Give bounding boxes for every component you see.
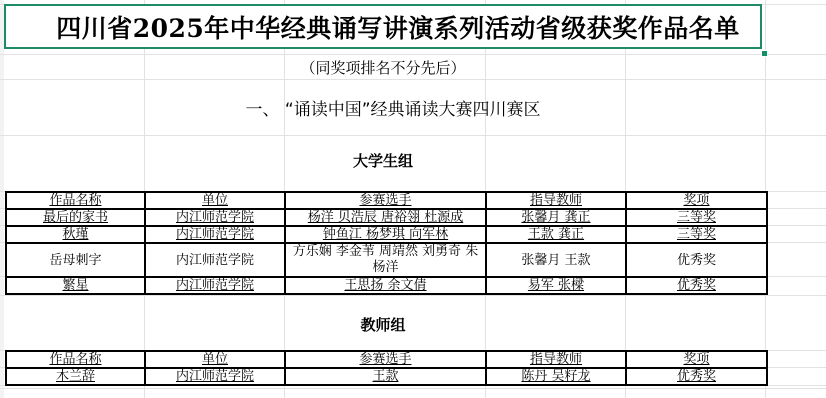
table-row: 繁星 内江师范学院 王思扬 余文倩 易军 张樑 优秀奖 — [6, 277, 767, 294]
cell-work[interactable]: 岳母刺字 — [6, 243, 145, 277]
cell-participants[interactable]: 王款 — [285, 368, 486, 385]
cell-work[interactable]: 秋瑾 — [6, 226, 145, 243]
cell-unit[interactable]: 内江师范学院 — [145, 277, 285, 294]
table-row: 秋瑾 内江师范学院 钟鱼江 杨梦琪 向军林 王款 龚正 三等奖 — [6, 226, 767, 243]
cell-instructors[interactable]: 陈丹 吴籽龙 — [486, 368, 626, 385]
gridline — [0, 388, 826, 389]
gridline — [0, 79, 826, 80]
cell-instructors[interactable]: 张馨月 龚正 — [486, 209, 626, 226]
column-header-unit[interactable]: 单位 — [145, 192, 285, 209]
column-header-unit[interactable]: 单位 — [145, 351, 285, 368]
section-heading: 一、 “诵读中国”经典诵读大赛四川赛区 — [4, 97, 762, 123]
cell-award[interactable]: 优秀奖 — [626, 243, 767, 277]
cell-participants[interactable]: 方乐娴 李金苇 周靖然 刘勇奇 朱杨洋 — [285, 243, 486, 277]
group-heading-university: 大学生组 — [4, 149, 762, 173]
cell-instructors[interactable]: 王款 龚正 — [486, 226, 626, 243]
gridline — [0, 135, 826, 136]
selected-title-cell[interactable]: 四川省2025年中华经典诵写讲演系列活动省级获奖作品名单 — [4, 4, 762, 49]
column-header-work[interactable]: 作品名称 — [6, 351, 145, 368]
document-subtitle: （同奖项排名不分先后） — [4, 57, 762, 79]
cell-instructors[interactable]: 张馨月 王款 — [486, 243, 626, 277]
cell-participants[interactable]: 杨洋 贝浩辰 唐裕翎 杜源成 — [285, 209, 486, 226]
table-row: 岳母刺字 内江师范学院 方乐娴 李金苇 周靖然 刘勇奇 朱杨洋 张馨月 王款 优… — [6, 243, 767, 277]
cell-unit[interactable]: 内江师范学院 — [145, 243, 285, 277]
table-row: 木兰辞 内江师范学院 王款 陈丹 吴籽龙 优秀奖 — [6, 368, 767, 385]
cell-participants[interactable]: 王思扬 余文倩 — [285, 277, 486, 294]
table-header-row: 作品名称 单位 参赛选手 指导教师 奖项 — [6, 351, 767, 368]
cell-unit[interactable]: 内江师范学院 — [145, 226, 285, 243]
table-header-row: 作品名称 单位 参赛选手 指导教师 奖项 — [6, 192, 767, 209]
cell-work[interactable]: 最后的家书 — [6, 209, 145, 226]
column-header-award[interactable]: 奖项 — [626, 351, 767, 368]
cell-award[interactable]: 三等奖 — [626, 209, 767, 226]
cell-unit[interactable]: 内江师范学院 — [145, 209, 285, 226]
document-title: 四川省2025年中华经典诵写讲演系列活动省级获奖作品名单 — [26, 9, 740, 45]
cell-award[interactable]: 优秀奖 — [626, 277, 767, 294]
gridline — [0, 295, 826, 296]
award-table-university: 作品名称 单位 参赛选手 指导教师 奖项 最后的家书 内江师范学院 杨洋 贝浩辰… — [5, 191, 768, 295]
award-table-teacher: 作品名称 单位 参赛选手 指导教师 奖项 木兰辞 内江师范学院 王款 陈丹 吴籽… — [5, 350, 768, 386]
column-header-instructors[interactable]: 指导教师 — [486, 192, 626, 209]
column-header-award[interactable]: 奖项 — [626, 192, 767, 209]
cell-award[interactable]: 三等奖 — [626, 226, 767, 243]
column-header-participants[interactable]: 参赛选手 — [285, 351, 486, 368]
cell-participants[interactable]: 钟鱼江 杨梦琪 向军林 — [285, 226, 486, 243]
column-header-participants[interactable]: 参赛选手 — [285, 192, 486, 209]
gridline — [0, 54, 826, 55]
table-row: 最后的家书 内江师范学院 杨洋 贝浩辰 唐裕翎 杜源成 张馨月 龚正 三等奖 — [6, 209, 767, 226]
column-header-instructors[interactable]: 指导教师 — [486, 351, 626, 368]
cell-unit[interactable]: 内江师范学院 — [145, 368, 285, 385]
column-header-work[interactable]: 作品名称 — [6, 192, 145, 209]
selection-fill-handle[interactable] — [761, 50, 768, 57]
cell-instructors[interactable]: 易军 张樑 — [486, 277, 626, 294]
cell-work[interactable]: 繁星 — [6, 277, 145, 294]
cell-award[interactable]: 优秀奖 — [626, 368, 767, 385]
group-heading-teacher: 教师组 — [4, 313, 762, 337]
cell-work[interactable]: 木兰辞 — [6, 368, 145, 385]
